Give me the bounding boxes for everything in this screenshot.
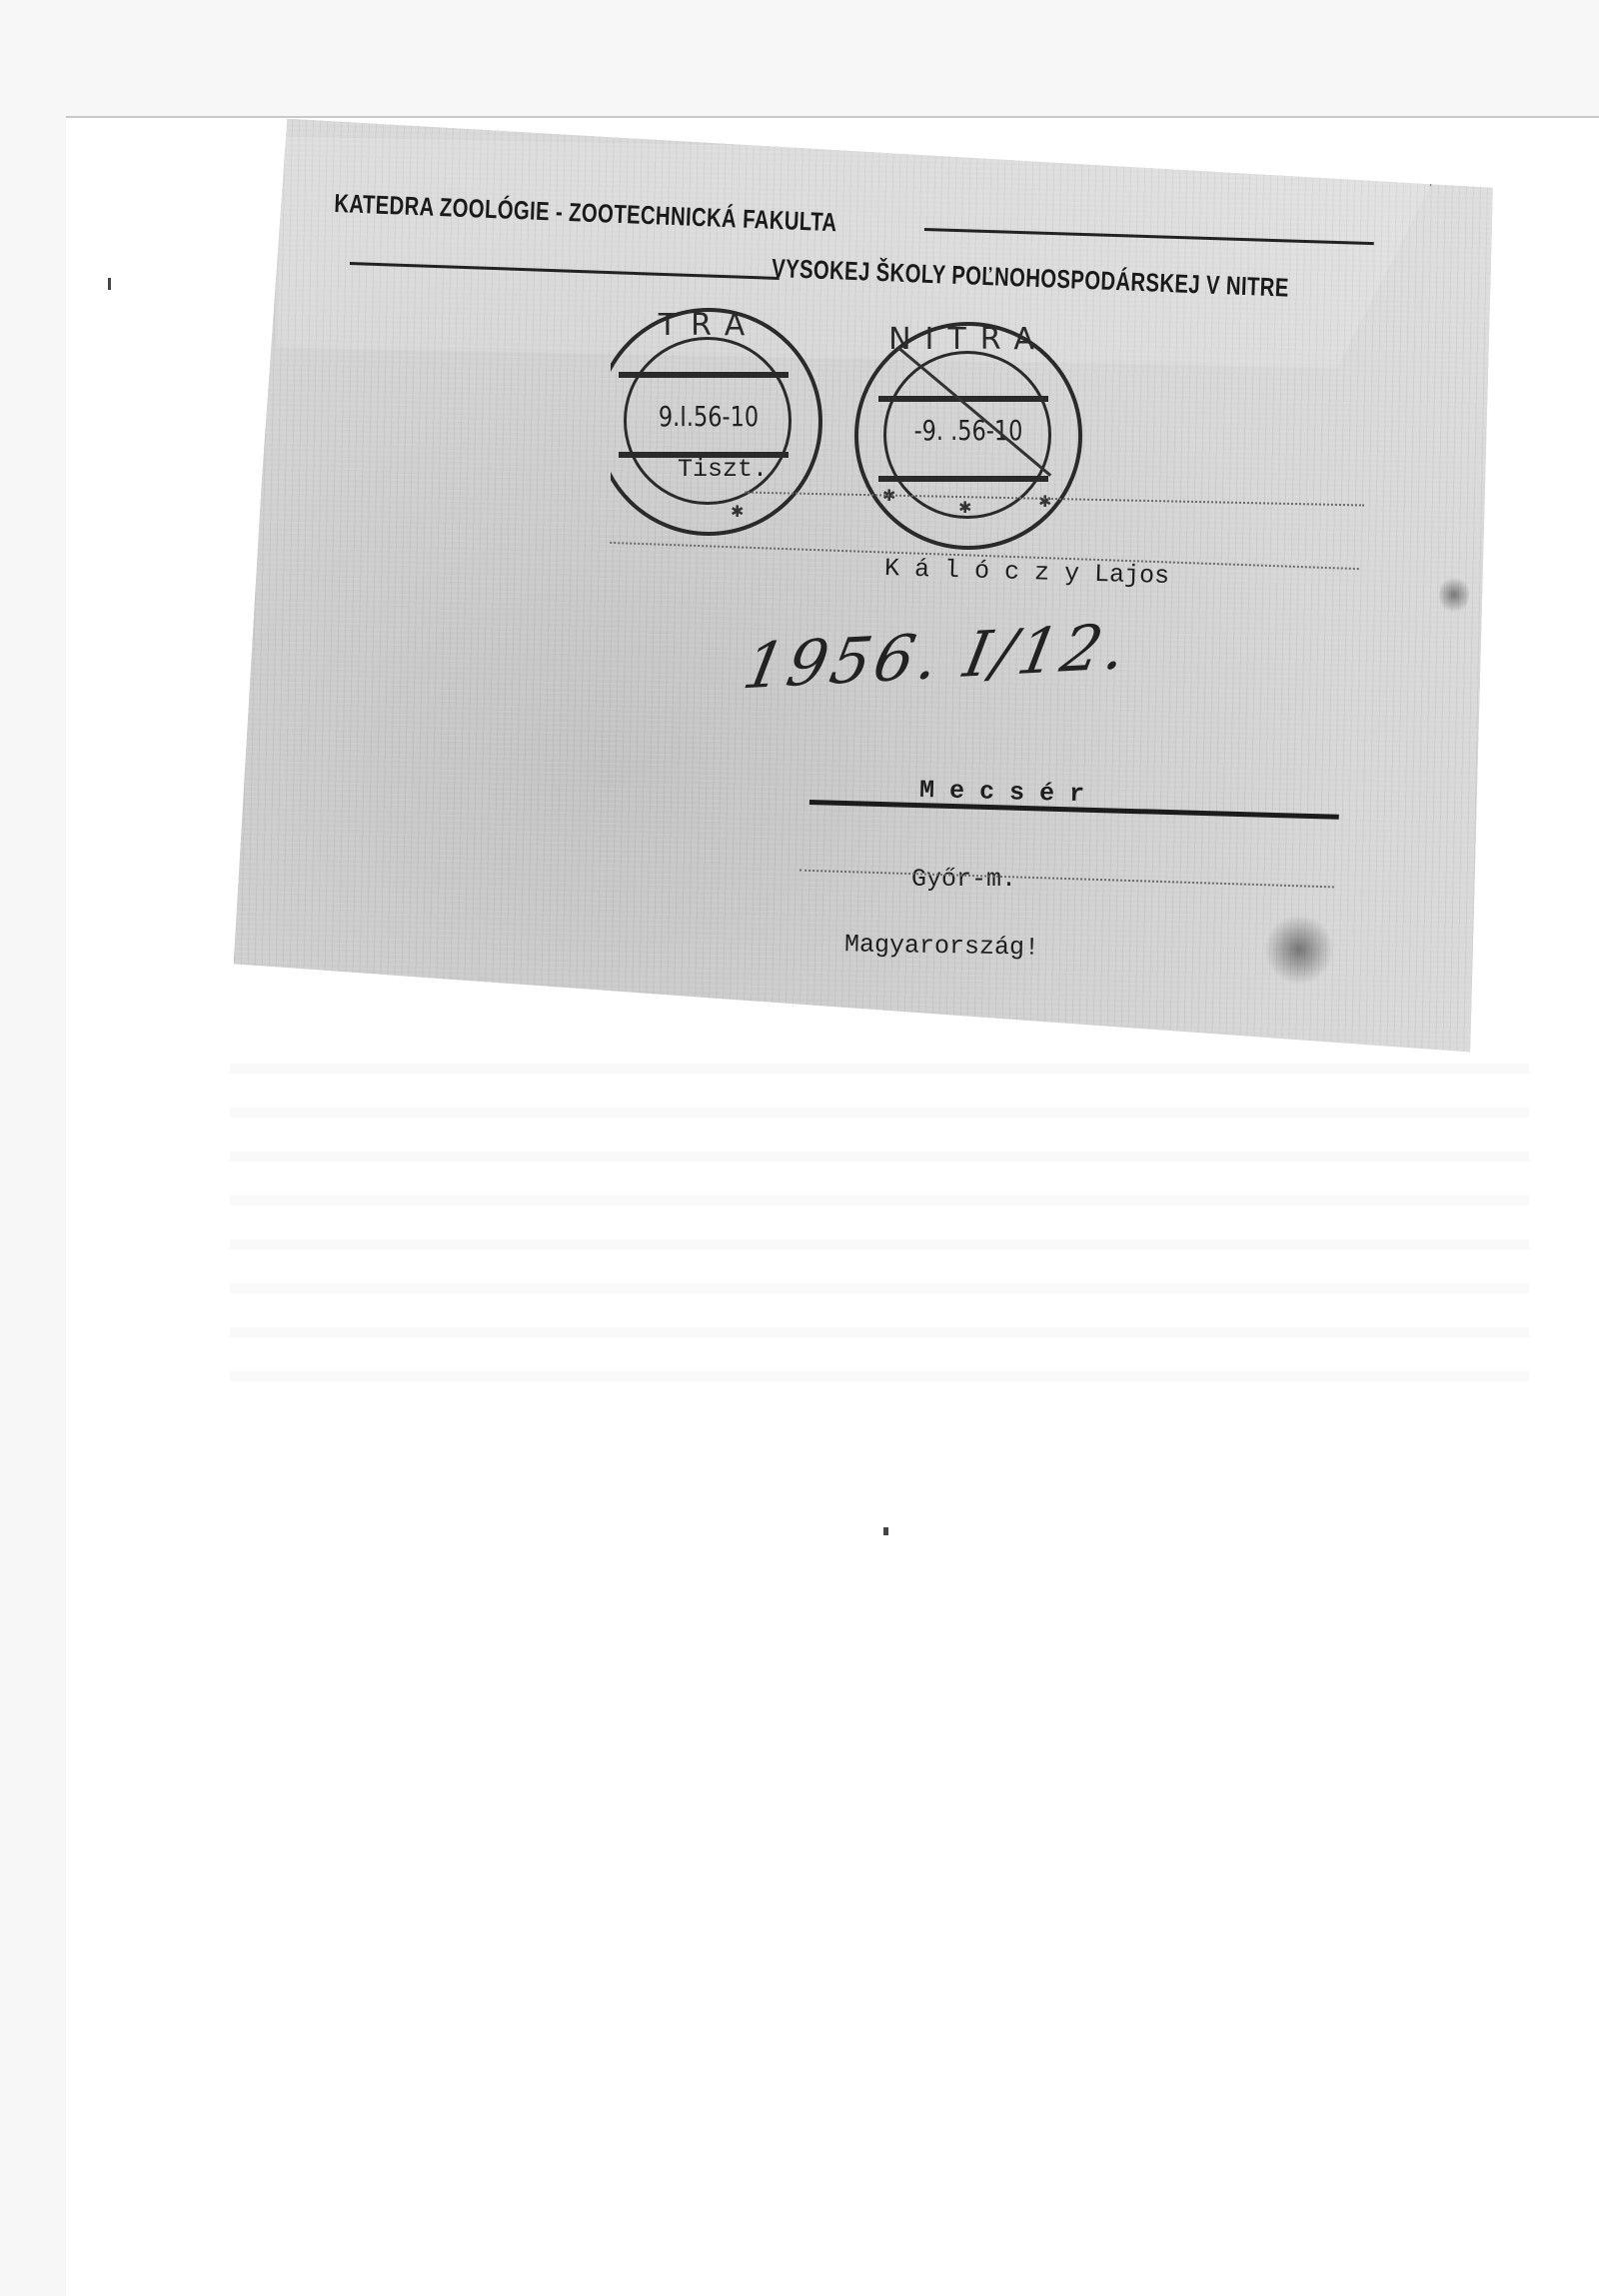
address-salutation: Tiszt. xyxy=(678,455,768,484)
postmark-bar xyxy=(619,372,789,378)
postmark-1: TRA 9.I.56-10 ✱ xyxy=(595,308,822,536)
star-icon: ✱ xyxy=(958,498,971,518)
star-icon: ✱ xyxy=(731,502,744,522)
postmark-date: -9. .56-10 xyxy=(880,414,1056,447)
postmark-bar xyxy=(878,476,1048,482)
ink-smudge xyxy=(1439,575,1469,615)
star-icon: ✱ xyxy=(1038,492,1051,512)
address-county: Győr-m. xyxy=(911,865,1016,894)
postmark-date: 9.I.56-10 xyxy=(621,400,797,433)
bleed-through-text xyxy=(230,1030,1529,1409)
postmark-2: NITRA -9. .56-10 ✱ ✱ ✱ xyxy=(854,322,1082,550)
scan-speck xyxy=(883,1527,888,1535)
scan-speck xyxy=(108,278,111,290)
address-country: Magyarország! xyxy=(844,930,1040,962)
ink-smudge xyxy=(1264,915,1334,985)
